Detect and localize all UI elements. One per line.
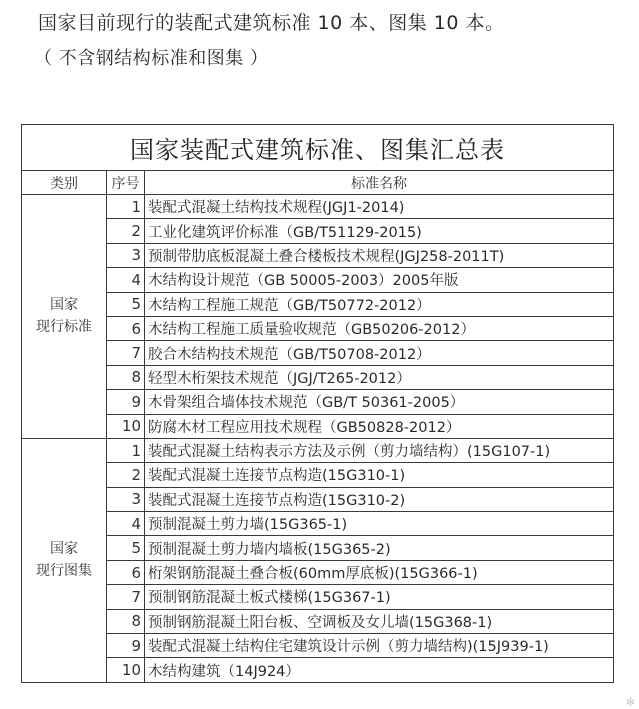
row-number: 1	[107, 438, 145, 462]
standard-name: 胶合木结构技术规范（GB/T50708-2012）	[145, 341, 614, 365]
standard-name: 木骨架组合墙体技术规范（GB/T 50361-2005）	[145, 390, 614, 414]
table-row: 5预制混凝土剪力墙内墙板(15G365-2)	[22, 536, 614, 560]
table-row: 2装配式混凝土连接节点构造(15G310-1)	[22, 463, 614, 487]
standard-name: 装配式混凝土结构住宅建筑设计示例（剪力墙结构)(15J939-1)	[145, 634, 614, 658]
standard-name: 装配式混凝土连接节点构造(15G310-1)	[145, 463, 614, 487]
intro-summary-text: 国家目前现行的装配式建筑标准 10 本、图集 10 本。	[38, 8, 505, 35]
row-number: 10	[107, 658, 145, 682]
table-row: 4木结构设计规范（GB 50005-2003）2005年版	[22, 268, 614, 292]
category-label-line1: 国家	[22, 294, 106, 316]
row-number: 6	[107, 316, 145, 340]
table-row: 8预制钢筋混凝土阳台板、空调板及女儿墙(15G368-1)	[22, 609, 614, 633]
category-label-line1: 国家	[22, 538, 106, 560]
category-label-line2: 现行图集	[22, 560, 106, 582]
standard-name: 木结构设计规范（GB 50005-2003）2005年版	[145, 268, 614, 292]
table-row: 9木骨架组合墙体技术规范（GB/T 50361-2005）	[22, 390, 614, 414]
standard-name: 装配式混凝土连接节点构造(15G310-2)	[145, 487, 614, 511]
header-name: 标准名称	[145, 171, 614, 195]
table-row: 6桁架钢筋混凝土叠合板(60mm厚底板)(15G366-1)	[22, 560, 614, 584]
intro-note-text: （ 不含钢结构标准和图集 ）	[34, 44, 268, 70]
category-label-line2: 现行标准	[22, 316, 106, 338]
table-row: 8轻型木桁架技术规范（JGJ/T265-2012）	[22, 365, 614, 389]
standard-name: 预制混凝土剪力墙(15G365-1)	[145, 512, 614, 536]
table-row: 4预制混凝土剪力墙(15G365-1)	[22, 512, 614, 536]
standard-name: 防腐木材工程应用技术规程（GB50828-2012）	[145, 414, 614, 438]
row-number: 6	[107, 560, 145, 584]
table-row: 7预制钢筋混凝土板式楼梯(15G367-1)	[22, 585, 614, 609]
row-number: 5	[107, 536, 145, 560]
standard-name: 木结构建筑（14J924）	[145, 658, 614, 682]
row-number: 4	[107, 268, 145, 292]
standard-name: 预制混凝土剪力墙内墙板(15G365-2)	[145, 536, 614, 560]
table-row: 7胶合木结构技术规范（GB/T50708-2012）	[22, 341, 614, 365]
row-number: 3	[107, 487, 145, 511]
watermark-icon: ✻	[626, 696, 635, 709]
table-row: 3预制带肋底板混凝土叠合楼板技术规程(JGJ258-2011T)	[22, 243, 614, 267]
row-number: 7	[107, 585, 145, 609]
standard-name: 轻型木桁架技术规范（JGJ/T265-2012）	[145, 365, 614, 389]
row-number: 4	[107, 512, 145, 536]
category-cell: 国家现行图集	[22, 438, 107, 682]
table-header-row: 类别 序号 标准名称	[22, 171, 614, 195]
standard-name: 预制钢筋混凝土板式楼梯(15G367-1)	[145, 585, 614, 609]
row-number: 5	[107, 292, 145, 316]
standard-name: 工业化建筑评价标准（GB/T51129-2015)	[145, 219, 614, 243]
table-row: 6木结构工程施工质量验收规范（GB50206-2012）	[22, 316, 614, 340]
header-category: 类别	[22, 171, 107, 195]
row-number: 9	[107, 390, 145, 414]
row-number: 8	[107, 609, 145, 633]
standard-name: 装配式混凝土结构表示方法及示例（剪力墙结构）(15G107-1)	[145, 438, 614, 462]
standard-name: 木结构工程施工质量验收规范（GB50206-2012）	[145, 316, 614, 340]
standard-name: 预制钢筋混凝土阳台板、空调板及女儿墙(15G368-1)	[145, 609, 614, 633]
table-row: 国家现行标准1装配式混凝土结构技术规程(JGJ1-2014)	[22, 195, 614, 219]
row-number: 3	[107, 243, 145, 267]
standard-name: 预制带肋底板混凝土叠合楼板技术规程(JGJ258-2011T)	[145, 243, 614, 267]
row-number: 2	[107, 463, 145, 487]
row-number: 7	[107, 341, 145, 365]
row-number: 9	[107, 634, 145, 658]
table-row: 9装配式混凝土结构住宅建筑设计示例（剪力墙结构)(15J939-1)	[22, 634, 614, 658]
standard-name: 桁架钢筋混凝土叠合板(60mm厚底板)(15G366-1)	[145, 560, 614, 584]
table-row: 10木结构建筑（14J924）	[22, 658, 614, 682]
row-number: 1	[107, 195, 145, 219]
standards-summary-table: 国家装配式建筑标准、图集汇总表 类别 序号 标准名称 国家现行标准1装配式混凝土…	[21, 124, 614, 683]
header-index: 序号	[107, 171, 145, 195]
category-cell: 国家现行标准	[22, 195, 107, 439]
table-row: 10防腐木材工程应用技术规程（GB50828-2012）	[22, 414, 614, 438]
table-title: 国家装配式建筑标准、图集汇总表	[22, 125, 614, 171]
table-row: 2工业化建筑评价标准（GB/T51129-2015)	[22, 219, 614, 243]
standard-name: 装配式混凝土结构技术规程(JGJ1-2014)	[145, 195, 614, 219]
table-row: 5木结构工程施工规范（GB/T50772-2012）	[22, 292, 614, 316]
row-number: 2	[107, 219, 145, 243]
table-row: 国家现行图集1装配式混凝土结构表示方法及示例（剪力墙结构）(15G107-1)	[22, 438, 614, 462]
table-row: 3装配式混凝土连接节点构造(15G310-2)	[22, 487, 614, 511]
standard-name: 木结构工程施工规范（GB/T50772-2012）	[145, 292, 614, 316]
standards-summary-table-container: 国家装配式建筑标准、图集汇总表 类别 序号 标准名称 国家现行标准1装配式混凝土…	[21, 124, 613, 683]
table-title-row: 国家装配式建筑标准、图集汇总表	[22, 125, 614, 171]
row-number: 10	[107, 414, 145, 438]
row-number: 8	[107, 365, 145, 389]
